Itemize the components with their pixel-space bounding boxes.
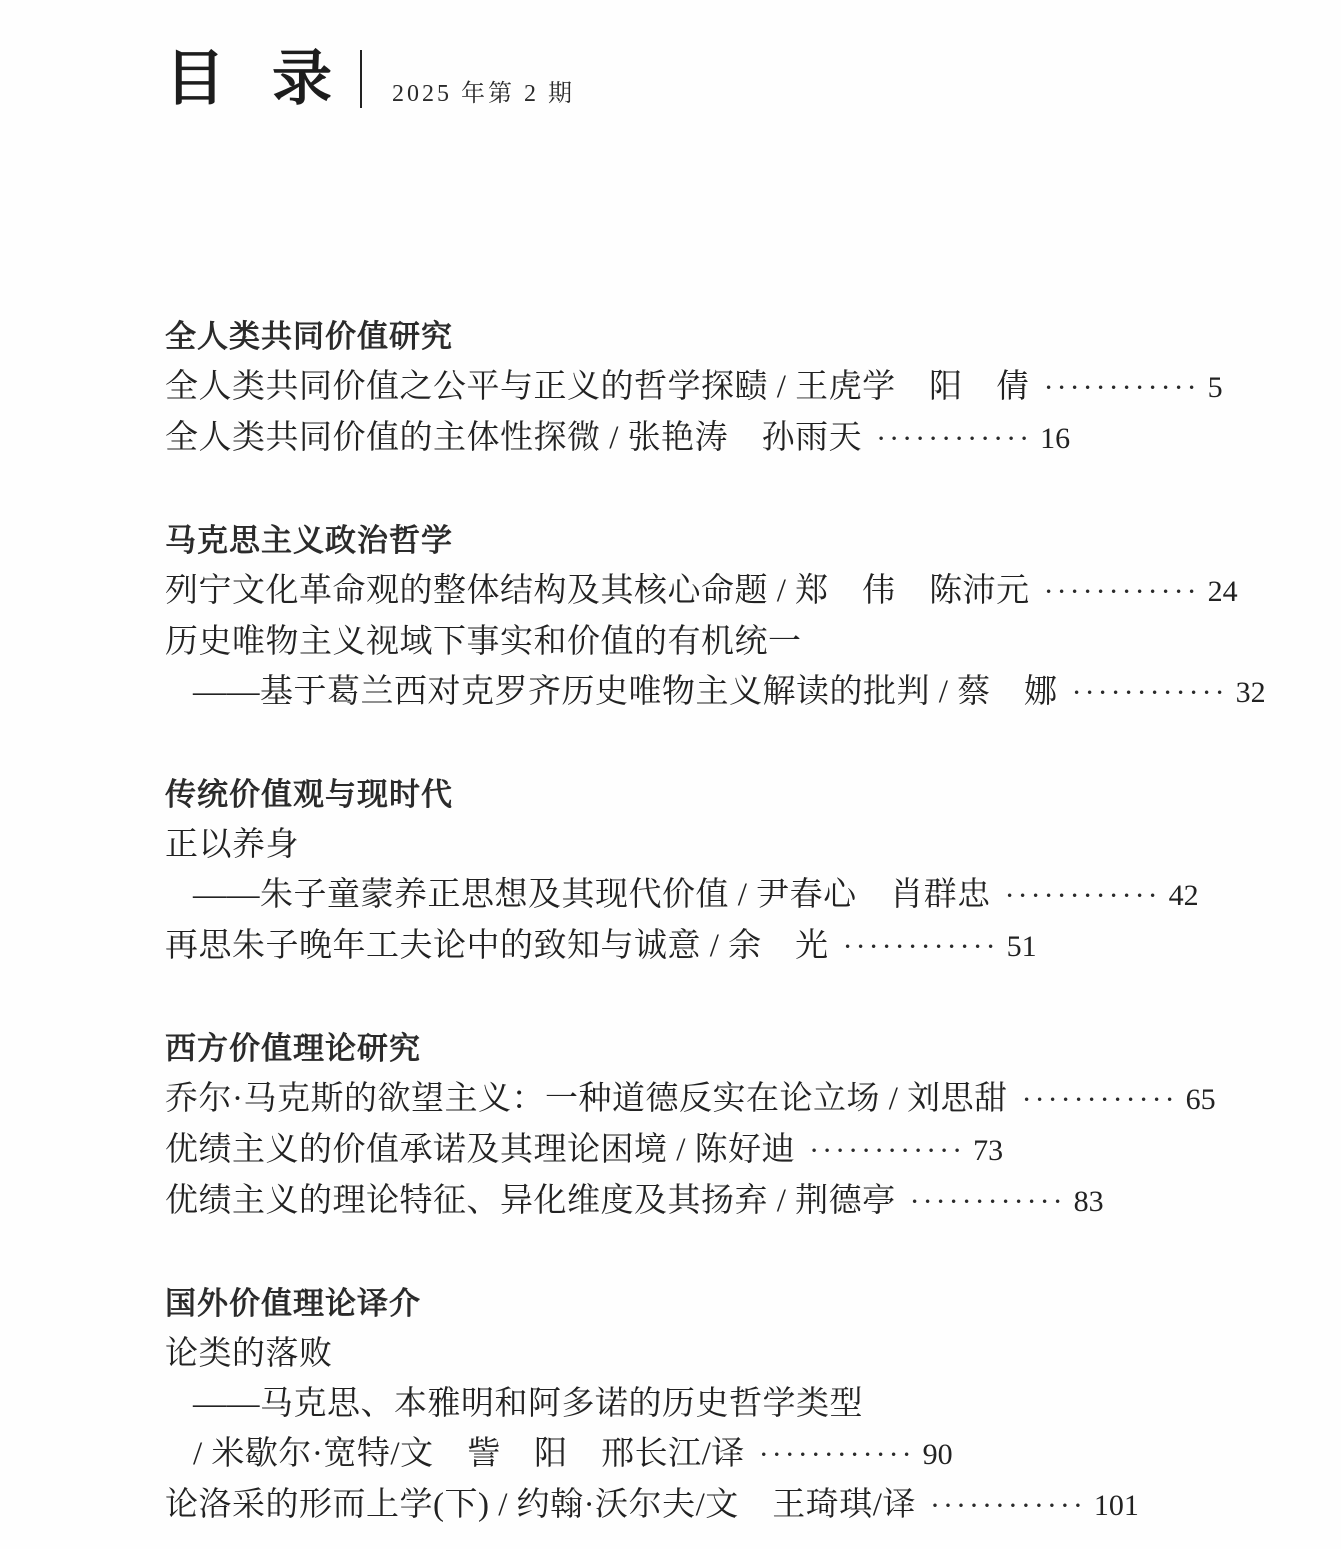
- article-title: 论洛采的形而上学(下) / 约翰·沃尔夫/文 王琦琪/译: [165, 1487, 916, 1523]
- page-title: 目 录: [165, 44, 348, 114]
- article-title: 列宁文化革命观的整体结构及其核心命题 / 郑 伟 陈沛元: [165, 573, 1030, 609]
- section-traditional-values: 传统价值观与现时代 正以养身 ——朱子童蒙养正思想及其现代价值 / 尹春心 肖群…: [165, 770, 1301, 972]
- dot-leader: ············: [843, 930, 999, 963]
- toc-entry: 优绩主义的理论特征、异化维度及其扬弃 / 荆德亭············83: [165, 1176, 1301, 1227]
- article-subtitle: ——朱子童蒙养正思想及其现代价值 / 尹春心 肖群忠: [193, 877, 991, 913]
- article-title: 历史唯物主义视域下事实和价值的有机统一: [165, 624, 802, 660]
- toc-entry: 列宁文化革命观的整体结构及其核心命题 / 郑 伟 陈沛元············…: [165, 566, 1301, 617]
- toc-entry: 再思朱子晚年工夫论中的致知与诚意 / 余 光············51: [165, 921, 1301, 972]
- article-title: 全人类共同价值的主体性探微 / 张艳涛 孙雨天: [165, 420, 862, 456]
- section-title: 全人类共同价值研究: [165, 312, 1301, 362]
- section-marxist-political-philosophy: 马克思主义政治哲学 列宁文化革命观的整体结构及其核心命题 / 郑 伟 陈沛元··…: [165, 516, 1301, 718]
- article-authors: / 米歇尔·宽特/文 訾 阳 邢长江/译: [193, 1436, 745, 1472]
- toc-entry: 乔尔·马克斯的欲望主义：一种道德反实在论立场 / 刘思甜············…: [165, 1074, 1301, 1125]
- section-title: 西方价值理论研究: [165, 1024, 1301, 1074]
- dot-leader: ············: [876, 422, 1032, 455]
- toc-page: 目 录 2025 年第 2 期 全人类共同价值研究 全人类共同价值之公平与正义的…: [0, 0, 1341, 1549]
- article-title: 优绩主义的理论特征、异化维度及其扬弃 / 荆德亭: [165, 1183, 896, 1219]
- toc-entry: 全人类共同价值之公平与正义的哲学探赜 / 王虎学 阳 倩············…: [165, 362, 1301, 413]
- dot-leader: ············: [930, 1489, 1086, 1522]
- toc-entry: 优绩主义的价值承诺及其理论困境 / 陈好迪············73: [165, 1125, 1301, 1176]
- page-number: 24: [1208, 575, 1238, 608]
- header-divider: [360, 50, 362, 108]
- article-subtitle: ——基于葛兰西对克罗齐历史唯物主义解读的批判 / 蔡 娜: [193, 674, 1058, 710]
- issue-label: 2025 年第 2 期: [392, 82, 575, 106]
- section-title: 马克思主义政治哲学: [165, 516, 1301, 566]
- article-title: 正以养身: [165, 827, 299, 863]
- toc-entry-subtitle: ——马克思、本雅明和阿多诺的历史哲学类型: [165, 1379, 1301, 1429]
- article-title: 论类的落败: [165, 1336, 333, 1372]
- page-number: 90: [923, 1438, 953, 1471]
- toc-entry: 论洛采的形而上学(下) / 约翰·沃尔夫/文 王琦琪/译············…: [165, 1480, 1301, 1531]
- dot-leader: ············: [1044, 371, 1200, 404]
- dot-leader: ············: [1022, 1083, 1178, 1116]
- section-common-values: 全人类共同价值研究 全人类共同价值之公平与正义的哲学探赜 / 王虎学 阳 倩··…: [165, 312, 1301, 464]
- page-number: 65: [1186, 1083, 1216, 1116]
- page-number: 42: [1169, 879, 1199, 912]
- article-title: 优绩主义的价值承诺及其理论困境 / 陈好迪: [165, 1132, 795, 1168]
- toc-entry-authors: / 米歇尔·宽特/文 訾 阳 邢长江/译············90: [165, 1429, 1301, 1480]
- dot-leader: ············: [1044, 575, 1200, 608]
- dot-leader: ············: [809, 1134, 965, 1167]
- article-title: 全人类共同价值之公平与正义的哲学探赜 / 王虎学 阳 倩: [165, 369, 1030, 405]
- toc-entry-subtitle: ——基于葛兰西对克罗齐历史唯物主义解读的批判 / 蔡 娜············…: [165, 667, 1301, 718]
- section-foreign-value-theory-translations: 国外价值理论译介 论类的落败 ——马克思、本雅明和阿多诺的历史哲学类型 / 米歇…: [165, 1279, 1301, 1531]
- dot-leader: ············: [1072, 676, 1228, 709]
- dot-leader: ············: [910, 1185, 1066, 1218]
- toc-entry-subtitle: ——朱子童蒙养正思想及其现代价值 / 尹春心 肖群忠············42: [165, 870, 1301, 921]
- section-title: 国外价值理论译介: [165, 1279, 1301, 1329]
- article-title: 乔尔·马克斯的欲望主义：一种道德反实在论立场 / 刘思甜: [165, 1081, 1008, 1117]
- dot-leader: ············: [1005, 879, 1161, 912]
- page-number: 5: [1208, 371, 1223, 404]
- page-number: 51: [1007, 930, 1037, 963]
- page-number: 32: [1236, 676, 1266, 709]
- page-number: 101: [1094, 1489, 1139, 1522]
- toc-entry: 全人类共同价值的主体性探微 / 张艳涛 孙雨天············16: [165, 413, 1301, 464]
- toc-entry: 历史唯物主义视域下事实和价值的有机统一: [165, 617, 1301, 667]
- section-western-value-theory: 西方价值理论研究 乔尔·马克斯的欲望主义：一种道德反实在论立场 / 刘思甜···…: [165, 1024, 1301, 1227]
- dot-leader: ············: [759, 1438, 915, 1471]
- toc-content: 全人类共同价值研究 全人类共同价值之公平与正义的哲学探赜 / 王虎学 阳 倩··…: [165, 312, 1301, 1531]
- section-title: 传统价值观与现时代: [165, 770, 1301, 820]
- article-subtitle: ——马克思、本雅明和阿多诺的历史哲学类型: [193, 1386, 863, 1422]
- toc-entry: 论类的落败: [165, 1329, 1301, 1379]
- article-title: 再思朱子晚年工夫论中的致知与诚意 / 余 光: [165, 928, 829, 964]
- page-number: 83: [1074, 1185, 1104, 1218]
- page-number: 16: [1040, 422, 1070, 455]
- toc-entry: 正以养身: [165, 820, 1301, 870]
- page-header: 目 录 2025 年第 2 期: [165, 42, 1301, 114]
- page-number: 73: [973, 1134, 1003, 1167]
